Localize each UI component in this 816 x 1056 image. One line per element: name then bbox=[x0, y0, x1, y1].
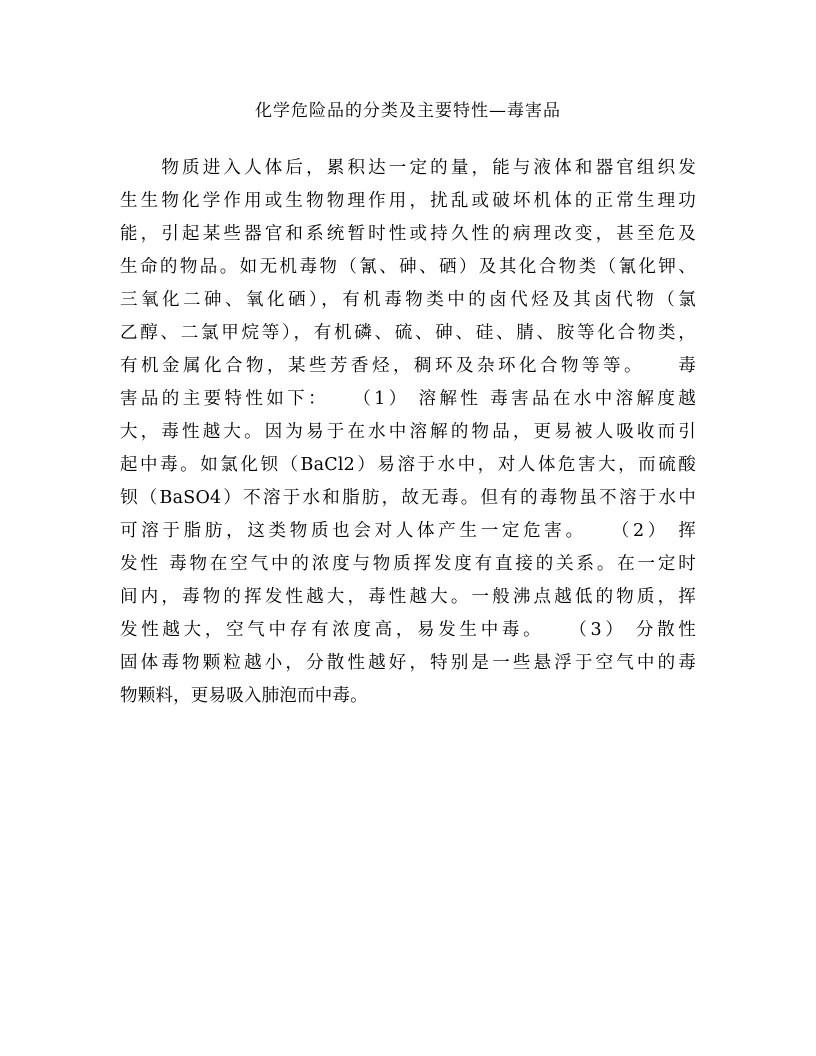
body-line: 间内，毒物的挥发性越大，毒性越大。一般沸点越低的物质，挥 bbox=[120, 581, 696, 614]
body-line: 生生物化学作用或生物物理作用，扰乱或破坏机体的正常生理功 bbox=[120, 185, 696, 218]
body-line: 固体毒物颗粒越小，分散性越好，特别是一些悬浮于空气中的毒 bbox=[120, 647, 696, 680]
body-line: 大，毒性越大。因为易于在水中溶解的物品，更易被人吸收而引 bbox=[120, 416, 696, 449]
document-body: 物质进入人体后，累积达一定的量，能与液体和器官组织发 生生物化学作用或生物物理作… bbox=[120, 152, 696, 713]
body-line: 三氧化二砷、氧化硒），有机毒物类中的卤代烃及其卤代物（氯 bbox=[120, 284, 696, 317]
document-title: 化学危险品的分类及主要特性—毒害品 bbox=[0, 96, 816, 121]
body-line: 起中毒。如氯化钡（BaCl2）易溶于水中，对人体危害大，而硫酸 bbox=[120, 449, 696, 482]
body-line: 乙醇、二氯甲烷等），有机磷、硫、砷、硅、腈、胺等化合物类， bbox=[120, 317, 696, 350]
body-line: 钡（BaSO4）不溶于水和脂肪，故无毒。但有的毒物虽不溶于水中 bbox=[120, 482, 696, 515]
body-line: 有机金属化合物，某些芳香烃，稠环及杂环化合物等等。 毒 bbox=[120, 350, 696, 383]
body-line: 能，引起某些器官和系统暂时性或持久性的病理改变，甚至危及 bbox=[120, 218, 696, 251]
body-line: 发性 毒物在空气中的浓度与物质挥发度有直接的关系。在一定时 bbox=[120, 548, 696, 581]
body-line: 害品的主要特性如下： （1） 溶解性 毒害品在水中溶解度越 bbox=[120, 383, 696, 416]
body-line: 生命的物品。如无机毒物（氰、砷、硒）及其化合物类（氰化钾、 bbox=[120, 251, 696, 284]
body-line: 发性越大，空气中存有浓度高，易发生中毒。 （3） 分散性 bbox=[120, 614, 696, 647]
body-line: 物质进入人体后，累积达一定的量，能与液体和器官组织发 bbox=[120, 152, 696, 185]
body-line: 可溶于脂肪，这类物质也会对人体产生一定危害。 （2） 挥 bbox=[120, 515, 696, 548]
body-line: 物颗料，更易吸入肺泡而中毒。 bbox=[120, 680, 696, 713]
